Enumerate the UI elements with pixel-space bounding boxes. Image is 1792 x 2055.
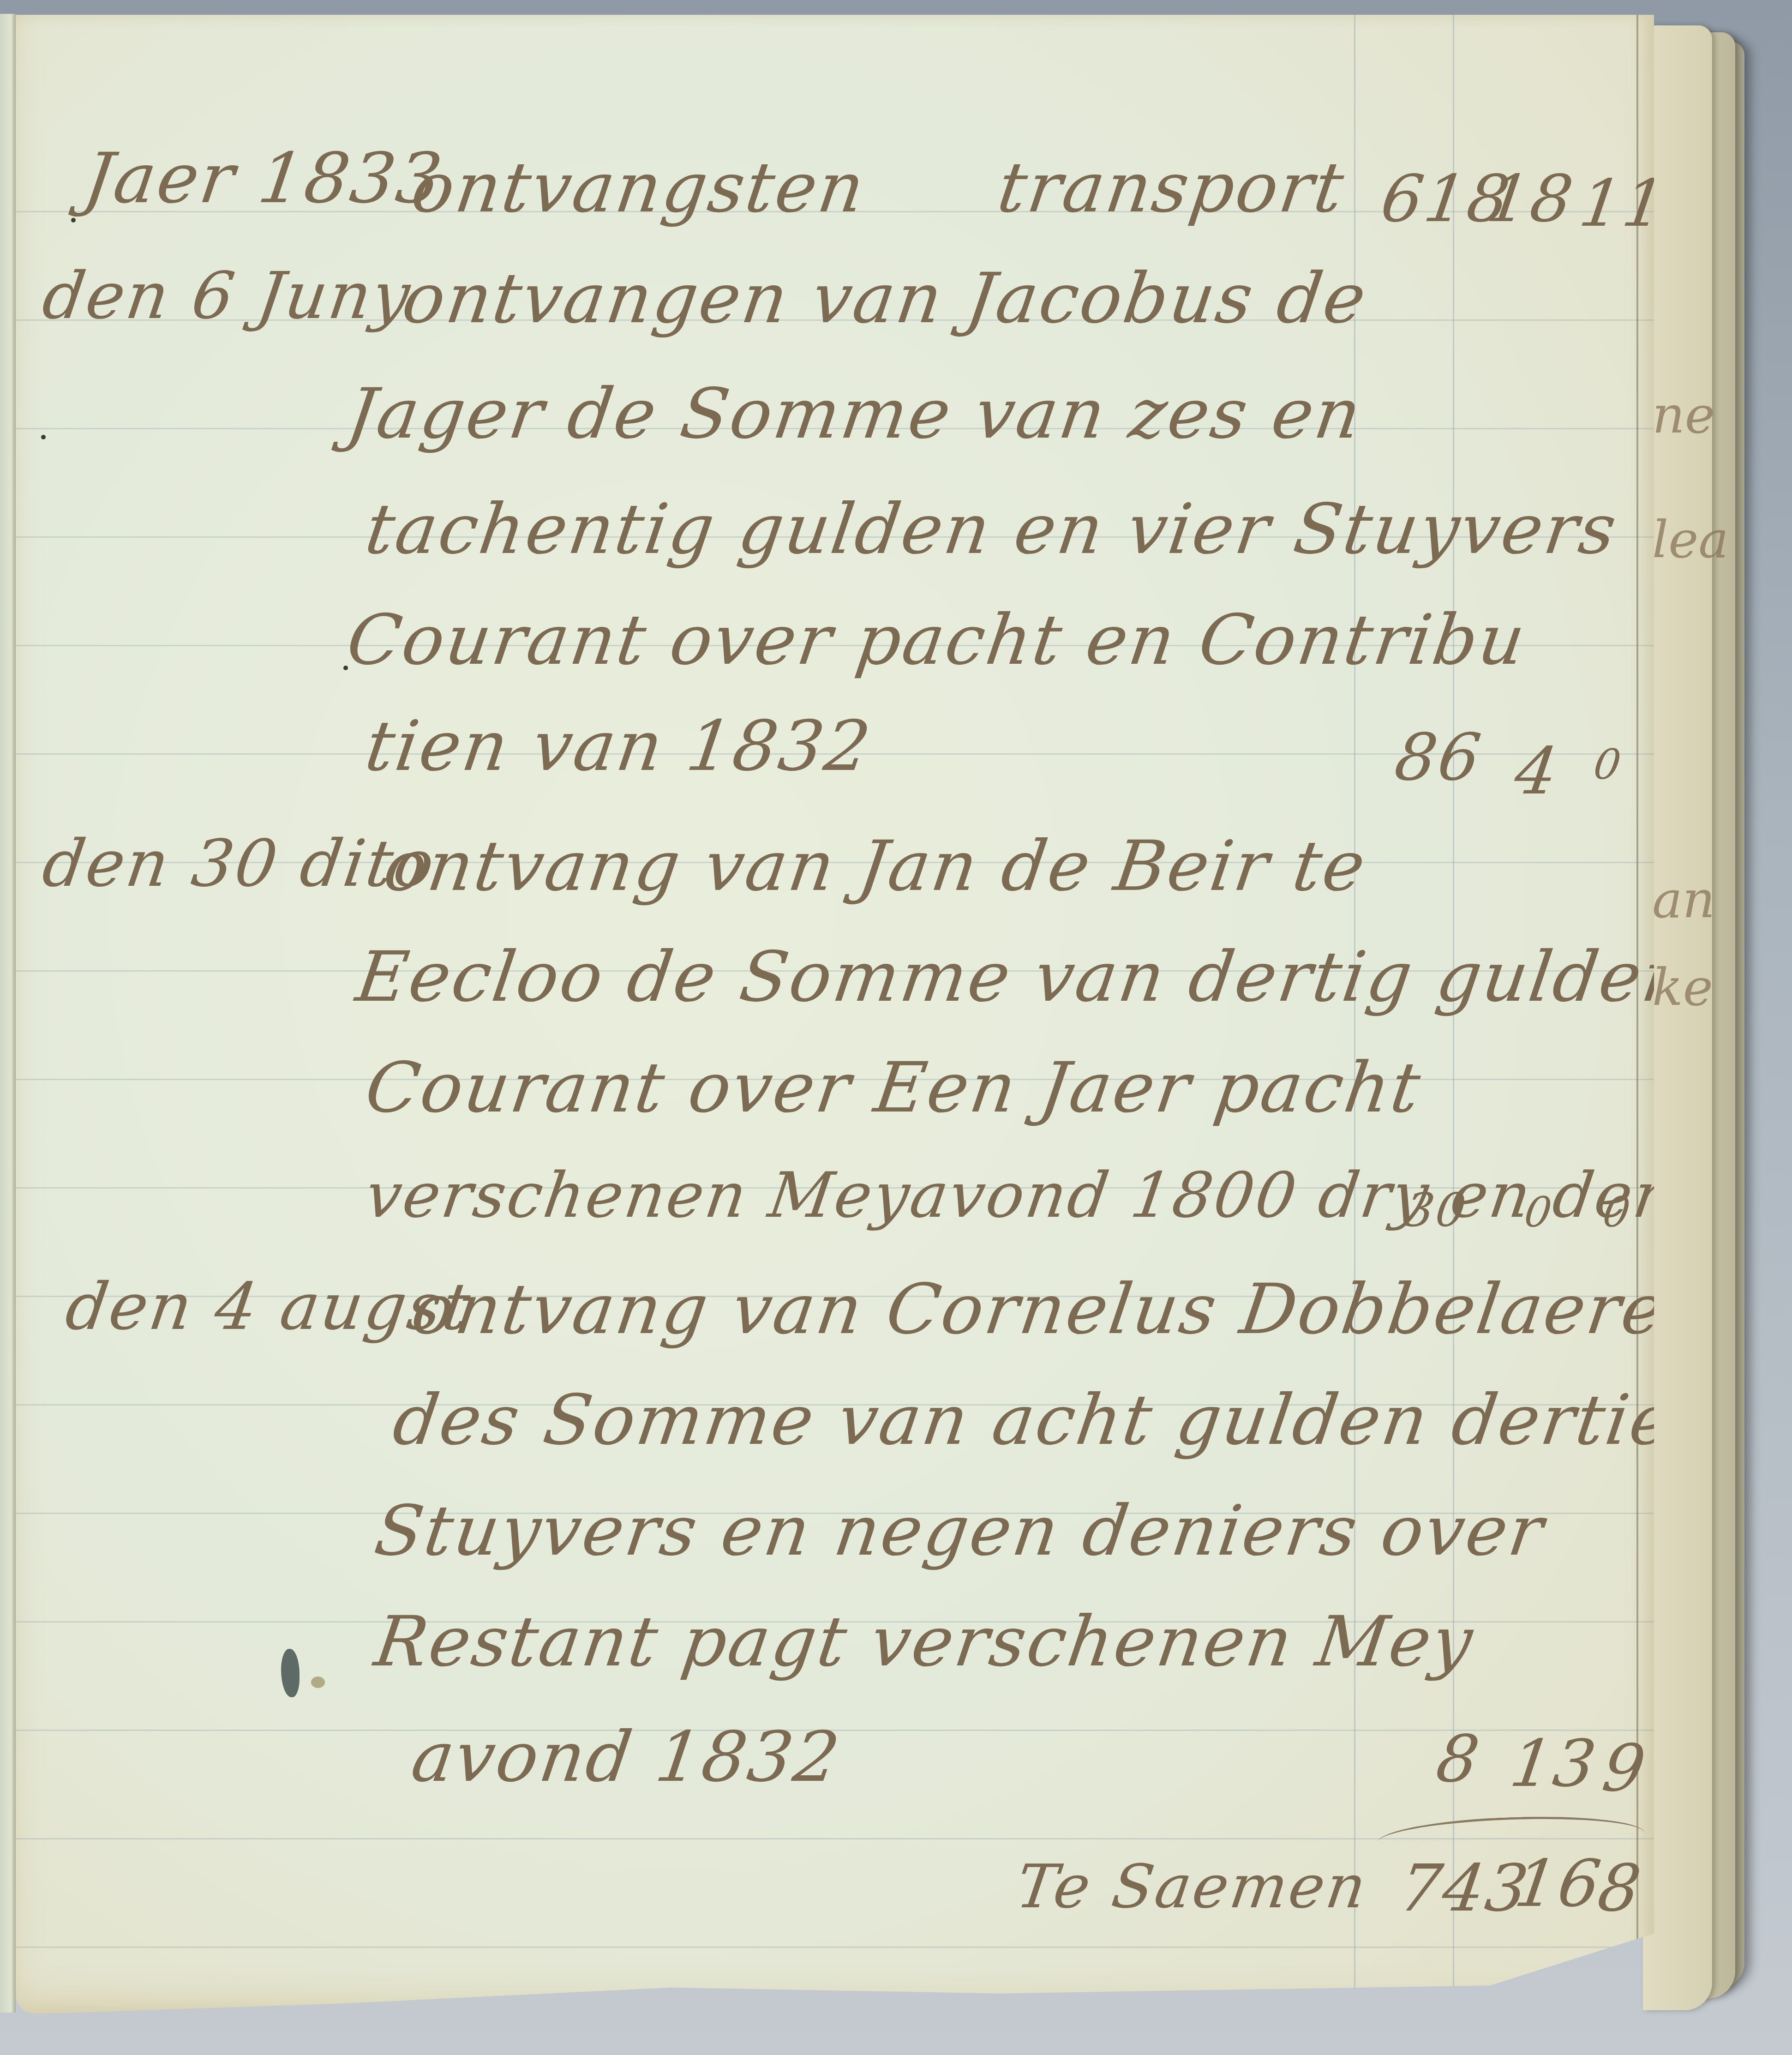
ledger-title: ontvangsten <box>408 153 870 222</box>
total-label: Te Saemen <box>1013 1857 1372 1917</box>
ink-blot <box>281 1649 300 1697</box>
entry-gulden: 8 <box>1432 1727 1485 1792</box>
entry-date: den 30 dito <box>39 832 439 896</box>
entry-text-line: tien van 1832 <box>361 712 876 781</box>
entry-deniers: 0 <box>1600 1192 1635 1233</box>
entry-stuivers: 4 <box>1511 739 1563 804</box>
entry-text-line: Eecloo de Somme van dertig gulden <box>352 943 1694 1012</box>
entry-deniers: 0 <box>1591 744 1625 786</box>
ruled-line <box>16 1947 1654 1948</box>
entry-text-line: tachentig gulden en vier Stuyvers <box>361 495 1622 564</box>
year-label: Jaer 1833 <box>80 144 448 213</box>
entry-text-line: ontvang van Jan de Beir te <box>380 832 1371 901</box>
total-stuivers: 16 <box>1511 1852 1606 1917</box>
entry-stuivers: 13 <box>1506 1732 1601 1797</box>
entry-text-line: avond 1832 <box>408 1723 845 1792</box>
entry-gulden: 30 <box>1402 1187 1470 1233</box>
entry-text-line: des Somme van acht gulden dertien <box>389 1386 1724 1455</box>
ink-speck <box>71 218 76 222</box>
entry-text-line: Courant over pacht en Contribu <box>343 606 1530 675</box>
entry-text-line: Stuyvers en negen deniers over <box>371 1496 1549 1566</box>
entry-text-line: ontvang van Cornelus Dobbelaere <box>408 1275 1670 1344</box>
entry-date: den 6 Juny <box>39 264 415 329</box>
ink-speck <box>41 435 46 439</box>
stain <box>311 1676 325 1688</box>
entry-text-line: Jager de Somme van zes en <box>343 379 1366 449</box>
entry-stuivers: 0 <box>1522 1192 1556 1233</box>
total-deniers: 8 <box>1594 1857 1646 1921</box>
carry-stuivers: 18 <box>1483 167 1578 232</box>
next-page-fragment: ne <box>1652 385 1715 445</box>
ink-speck <box>343 666 348 670</box>
next-page-fragment: an <box>1652 870 1715 929</box>
next-page-fragment: lea <box>1652 510 1729 569</box>
entry-gulden: 86 <box>1391 726 1486 790</box>
ledger-page: Jaer 1833 ontvangsten transport 618 18 1… <box>16 15 1654 2013</box>
carry-forward-label: transport <box>994 153 1349 222</box>
entry-text-line: ontvangen van Jacobus de <box>398 264 1372 333</box>
facing-page-edge <box>0 14 16 2013</box>
entry-text-line: Courant over Een Jaer pacht <box>361 1053 1426 1123</box>
entry-deniers: 9 <box>1599 1737 1651 1801</box>
entry-text-line: Restant pagt verschenen Mey <box>371 1607 1478 1676</box>
next-page-fragment: ke <box>1652 958 1713 1017</box>
